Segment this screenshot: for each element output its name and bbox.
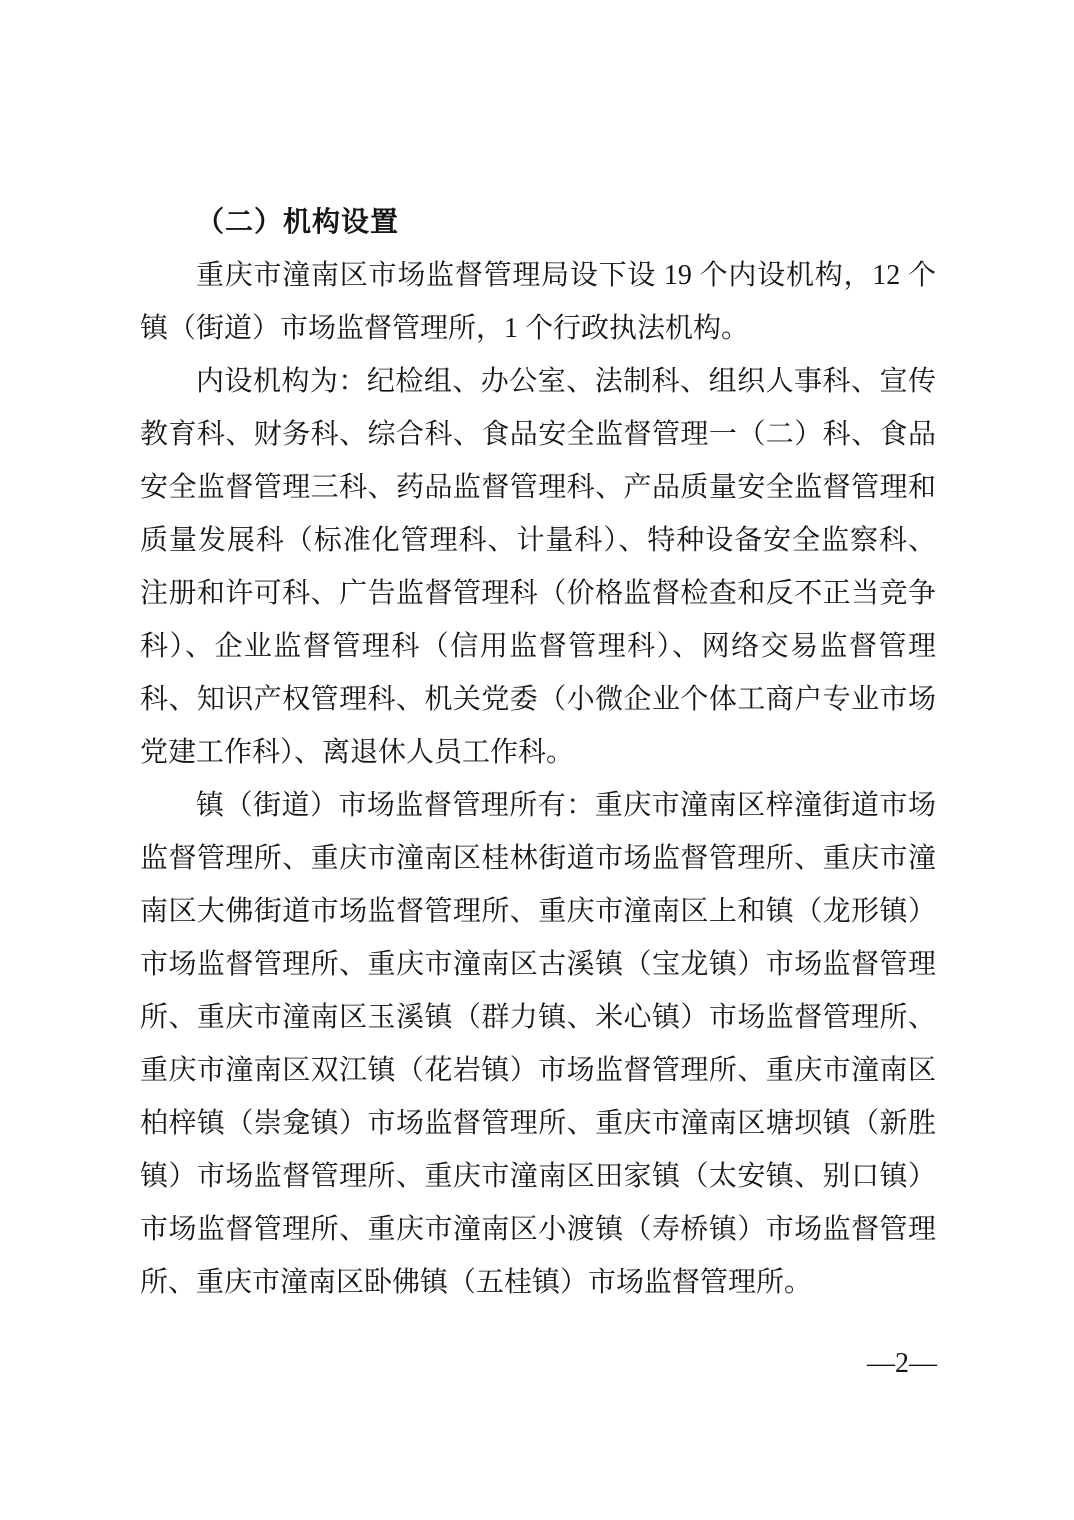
- document-line: 科、知识产权管理科、机关党委（小微企业个体工商户专业市场: [140, 673, 936, 726]
- document-page: （二）机构设置重庆市潼南区市场监督管理局设下设 19 个内设机构，12 个镇（街…: [0, 0, 1074, 1520]
- document-line: 市场监督管理所、重庆市潼南区小渡镇（寿桥镇）市场监督管理: [140, 1203, 936, 1256]
- document-line: 监督管理所、重庆市潼南区桂林街道市场监督管理所、重庆市潼: [140, 832, 936, 885]
- document-line: 所、重庆市潼南区卧佛镇（五桂镇）市场监督管理所。: [140, 1256, 936, 1309]
- document-line: 镇（街道）市场监督管理所有：重庆市潼南区梓潼街道市场: [140, 779, 936, 832]
- document-line: 科）、企业监督管理科（信用监督管理科）、网络交易监督管理: [140, 620, 936, 673]
- document-line: 党建工作科）、离退休人员工作科。: [140, 726, 936, 779]
- document-line: 所、重庆市潼南区玉溪镇（群力镇、米心镇）市场监督管理所、: [140, 991, 936, 1044]
- page-number: —2—: [867, 1346, 937, 1382]
- document-line: 教育科、财务科、综合科、食品安全监督管理一（二）科、食品: [140, 408, 936, 461]
- document-line: 质量发展科（标准化管理科、计量科）、特种设备安全监察科、: [140, 514, 936, 567]
- document-line: 市场监督管理所、重庆市潼南区古溪镇（宝龙镇）市场监督管理: [140, 938, 936, 991]
- document-line: 镇）市场监督管理所、重庆市潼南区田家镇（太安镇、别口镇）: [140, 1150, 936, 1203]
- document-line: 内设机构为：纪检组、办公室、法制科、组织人事科、宣传: [140, 355, 936, 408]
- document-body: （二）机构设置重庆市潼南区市场监督管理局设下设 19 个内设机构，12 个镇（街…: [140, 196, 936, 1309]
- document-line: 镇（街道）市场监督管理所，1 个行政执法机构。: [140, 302, 936, 355]
- document-line: 南区大佛街道市场监督管理所、重庆市潼南区上和镇（龙形镇）: [140, 885, 936, 938]
- document-line: 柏梓镇（崇龛镇）市场监督管理所、重庆市潼南区塘坝镇（新胜: [140, 1097, 936, 1150]
- document-line: 重庆市潼南区市场监督管理局设下设 19 个内设机构，12 个: [140, 249, 936, 302]
- document-line: 安全监督管理三科、药品监督管理科、产品质量安全监督管理和: [140, 461, 936, 514]
- document-line: 注册和许可科、广告监督管理科（价格监督检查和反不正当竞争: [140, 567, 936, 620]
- section-heading: （二）机构设置: [140, 196, 936, 249]
- document-line: 重庆市潼南区双江镇（花岩镇）市场监督管理所、重庆市潼南区: [140, 1044, 936, 1097]
